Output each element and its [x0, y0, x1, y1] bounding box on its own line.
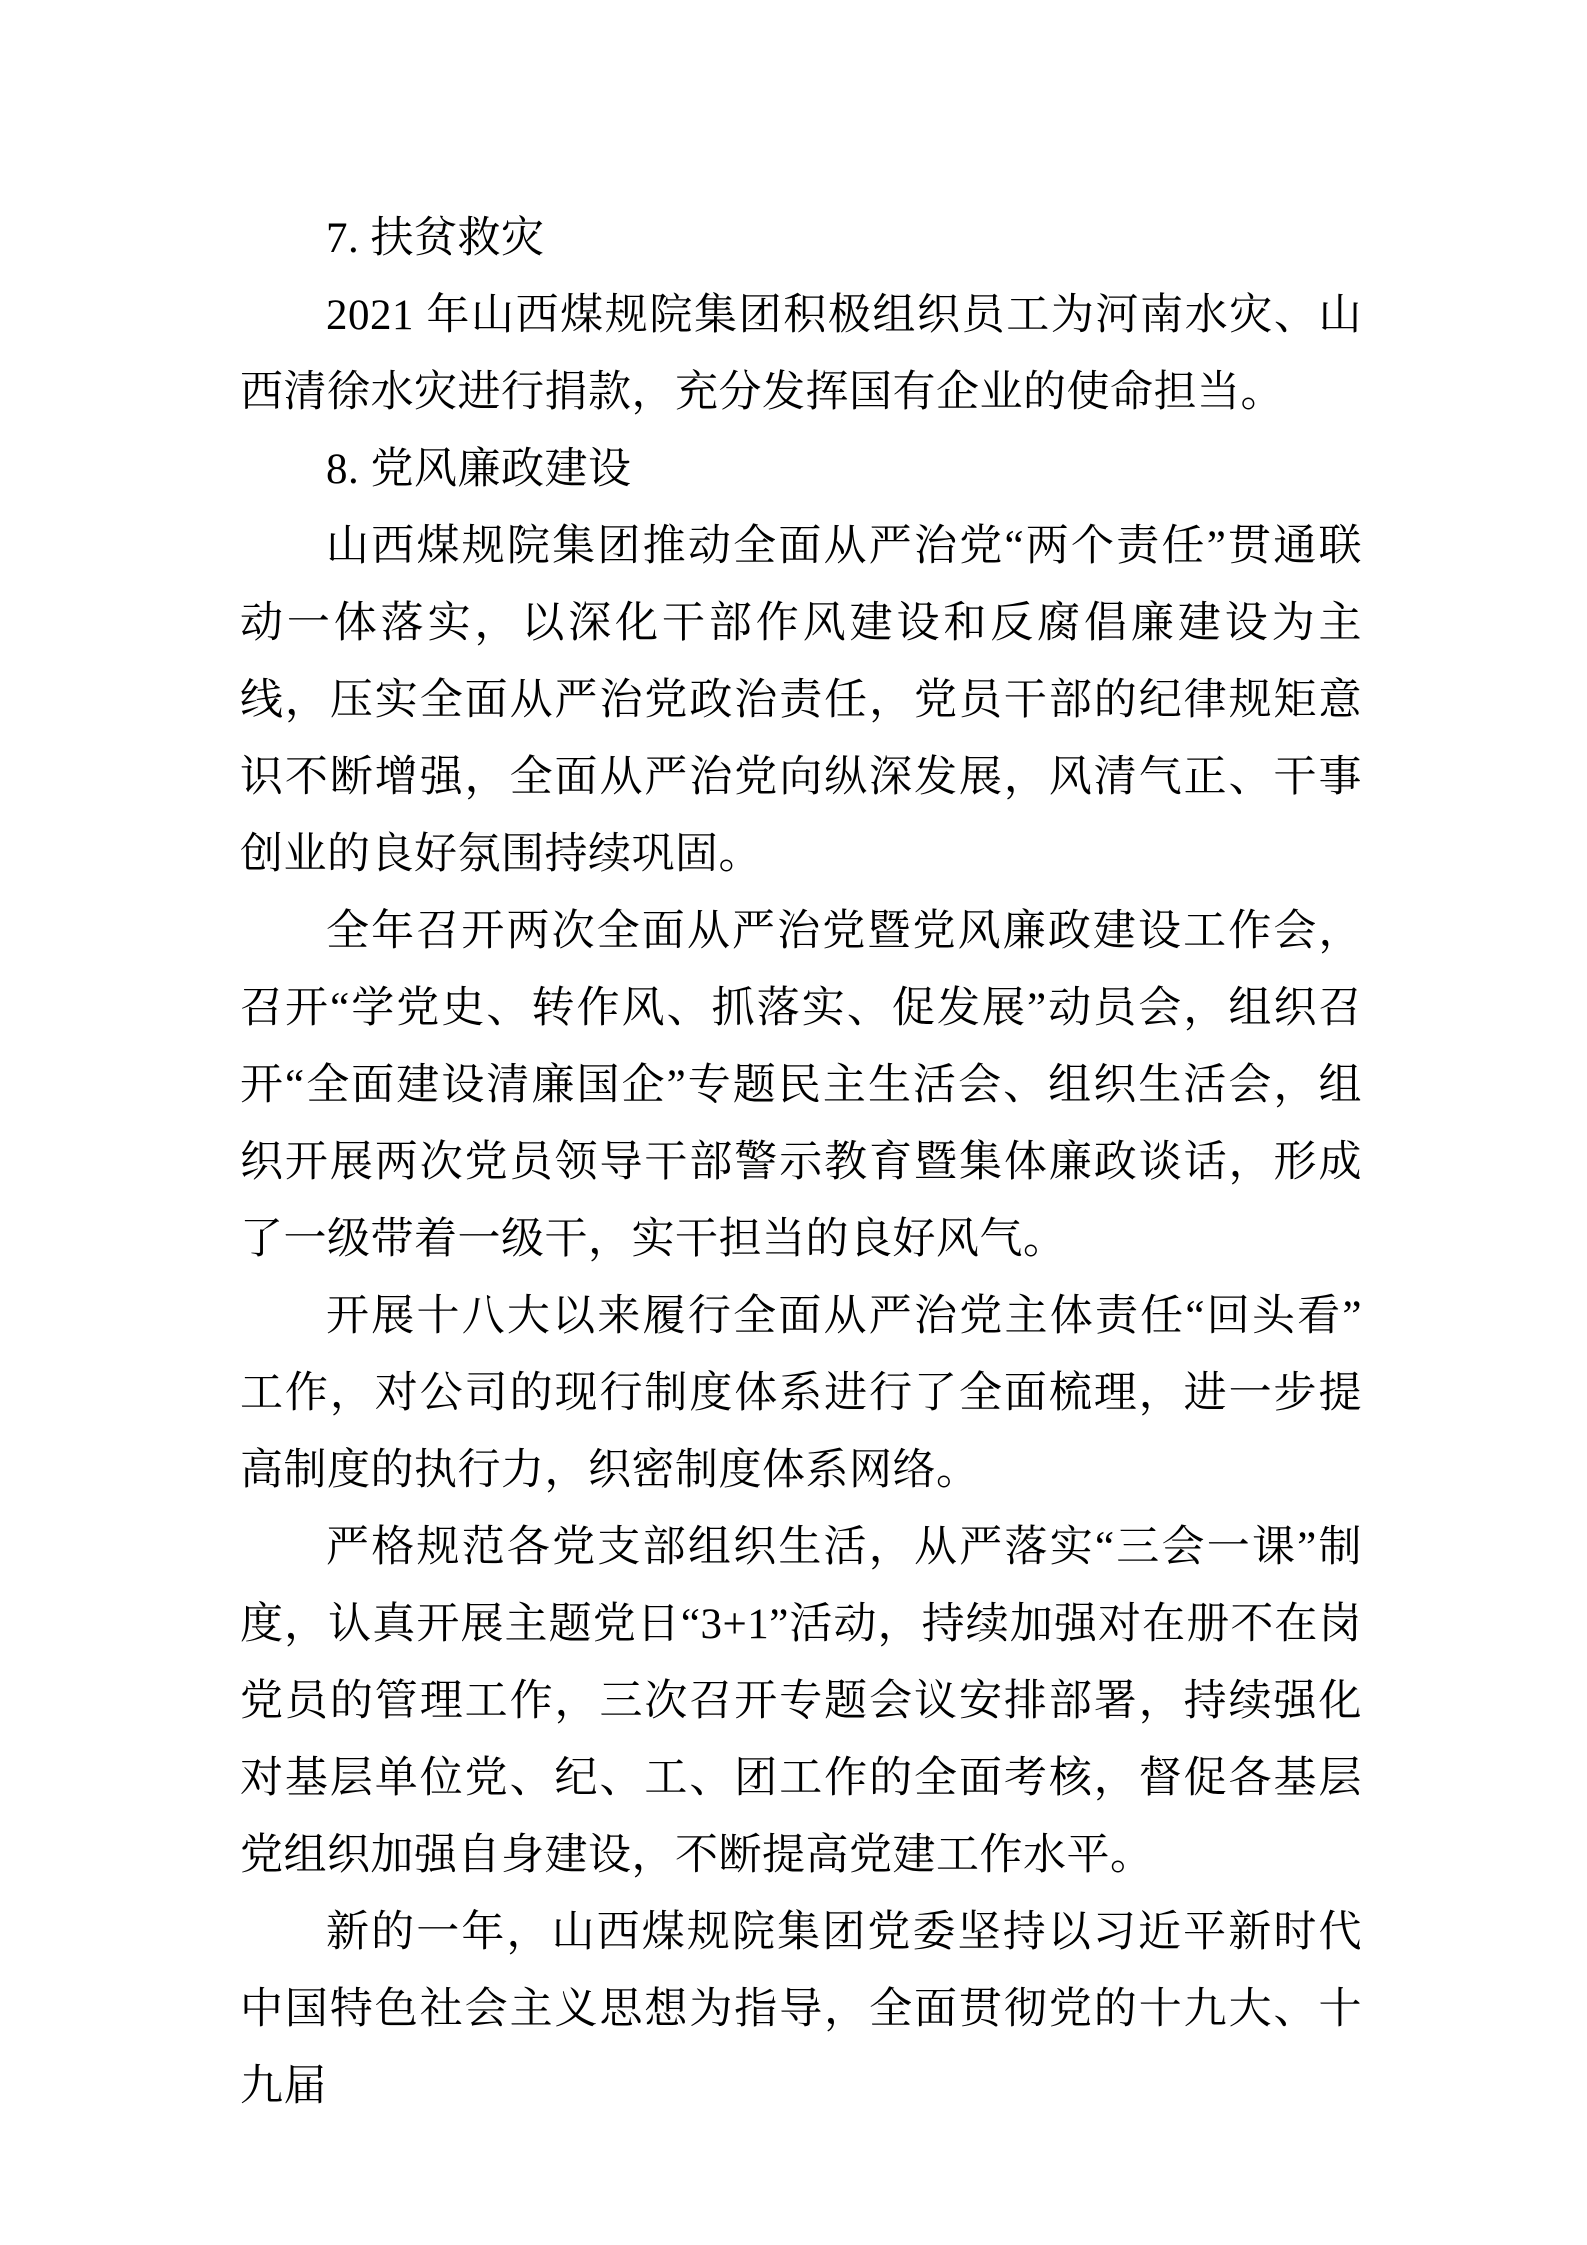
paragraph: 新的一年，山西煤规院集团党委坚持以习近平新时代中国特色社会主义思想为指导，全面贯…: [240, 1894, 1362, 2125]
paragraph: 开展十八大以来履行全面从严治党主体责任“回头看”工作，对公司的现行制度体系进行了…: [240, 1278, 1362, 1509]
document-text-block: 7. 扶贫救灾 2021 年山西煤规院集团积极组织员工为河南水灾、山西清徐水灾进…: [240, 200, 1362, 2125]
paragraph: 严格规范各党支部组织生活，从严落实“三会一课”制度，认真开展主题党日“3+1”活…: [240, 1509, 1362, 1894]
document-page: 7. 扶贫救灾 2021 年山西煤规院集团积极组织员工为河南水灾、山西清徐水灾进…: [0, 0, 1587, 2245]
paragraph: 全年召开两次全面从严治党暨党风廉政建设工作会，召开“学党史、转作风、抓落实、促发…: [240, 893, 1362, 1278]
paragraph: 2021 年山西煤规院集团积极组织员工为河南水灾、山西清徐水灾进行捐款，充分发挥…: [240, 277, 1362, 431]
paragraph: 山西煤规院集团推动全面从严治党“两个责任”贯通联动一体落实，以深化干部作风建设和…: [240, 508, 1362, 893]
section-heading-7: 7. 扶贫救灾: [240, 200, 1362, 277]
section-heading-8: 8. 党风廉政建设: [240, 431, 1362, 508]
